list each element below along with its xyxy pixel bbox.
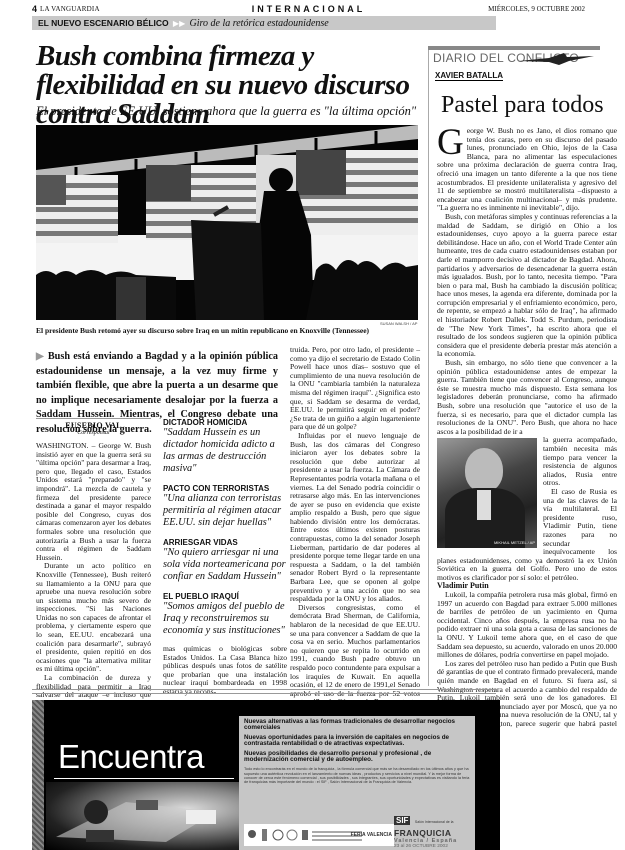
quote-item: DICTADOR HOMICIDA "Saddam Hussein es un … [163, 418, 287, 475]
ad-bullet: Nuevas alternativas a las formas tradici… [244, 719, 470, 732]
sponsor-logos: FERIA VALENCIA [244, 824, 394, 846]
divider [32, 693, 496, 694]
paragraph: Lukoil, la compañía petrolera rusa más g… [437, 591, 617, 660]
sif-block: SIF Salón Internacional de la FRANQUICIA… [394, 810, 474, 850]
quote-item: EL PUEBLO IRAQUÍ "Somos amigos del puebl… [163, 592, 287, 637]
divider [32, 689, 496, 690]
photo-credit: MIKHAIL METZEL / AP [494, 539, 535, 548]
sidebar-body: George W. Bush no es Jano, el dios roman… [437, 127, 617, 737]
puzzle-board-image [46, 782, 246, 850]
bush-podium-silhouette-image [36, 125, 418, 320]
sidebar-top-rule [428, 46, 600, 50]
ad-headline: Encuentra [58, 738, 204, 776]
feria-valencia-logo: FERIA VALENCIA [351, 832, 392, 838]
issue-date: MIÉRCOLES, 9 OCTUBRE 2002 [488, 5, 585, 13]
ad-headline-text: Encuentra [58, 738, 204, 775]
sif-subtitle: Salón Internacional de la [415, 820, 454, 824]
ad-bullet: Nuevas posibilidades de desarrollo perso… [244, 751, 470, 764]
double-arrow-icon: ▶▶ [173, 19, 185, 28]
quote-text: "Una alianza con terroristas permitiría … [163, 493, 287, 529]
ad-headline-underline [54, 778, 234, 779]
fighter-jet-icon [519, 52, 594, 66]
byline-name: EUSEBIO VAL [36, 421, 151, 430]
franquicia-advertisement[interactable]: Encuentra Nuevas alternativas a las form… [32, 700, 500, 850]
putin-photo: MIKHAIL METZEL / AP [437, 438, 537, 548]
ad-body: Todo esto lo encontrarás en el mundo de … [244, 767, 470, 784]
quotes-box: DICTADOR HOMICIDA "Saddam Hussein es un … [163, 418, 287, 646]
article-deck: El presidente de EE.UU. sostiene ahora q… [36, 104, 426, 119]
paragraph: truida. Pero, por otro lado, el presiden… [290, 346, 420, 432]
sif-name: FRANQUICIA [394, 828, 474, 838]
quote-heading: ARRIESGAR VIDAS [163, 538, 287, 547]
sidebar-author: XAVIER BATALLA [435, 71, 503, 81]
photo-caption: El presidente Bush retomó ayer su discur… [36, 326, 426, 335]
paragraph: Bush, sin embargo, no sólo tiene que con… [437, 359, 617, 436]
paragraph: Influidas por el nuevo lenguaje de Bush,… [290, 432, 420, 604]
topic-subtitle: Giro de la retórica estadounidense [189, 18, 328, 29]
topic-kicker: EL NUEVO ESCENARIO BÉLICO [32, 18, 169, 28]
paragraph: Diversos congresistas, como el demócrata… [290, 604, 420, 716]
article-column-3: truida. Pero, por otro lado, el presiden… [290, 346, 420, 716]
lead-arrow-icon: ▶ [36, 351, 48, 362]
quote-item: PACTO CON TERRORISTAS "Una alianza con t… [163, 484, 287, 529]
quote-item: ARRIESGAR VIDAS "No quiero arriesgar ni … [163, 538, 287, 583]
sif-logo: SIF [394, 816, 410, 825]
quote-text: "Somos amigos del pueblo de Iraq y recon… [163, 601, 287, 637]
topic-bar: EL NUEVO ESCENARIO BÉLICO ▶▶ Giro de la … [32, 16, 496, 30]
ad-stripe [32, 700, 44, 850]
photo-face [465, 448, 503, 492]
opinion-sidebar: DIARIO DEL CONFLICTO XAVIER BATALLA Past… [428, 46, 619, 686]
byline-role: Corresponsal [36, 430, 151, 436]
drop-cap: G [437, 128, 464, 158]
ad-bullet: Nuevas oportunidades para la inversión d… [244, 735, 470, 748]
quote-heading: EL PUEBLO IRAQUÍ [163, 592, 287, 601]
puzzle-pieces-icon [46, 782, 246, 850]
photo-shirt [477, 490, 491, 520]
paragraph: George W. Bush no es Jano, el dios roman… [437, 127, 617, 213]
paragraph: WASHINGTON. – George W. Bush insistió ay… [36, 442, 151, 562]
sidebar-title: Pastel para todos [441, 92, 619, 119]
paragraph: Bush, con metáforas simples y continuas … [437, 213, 617, 359]
paragraph-text: eorge W. Bush no es Jano, el dios romano… [437, 126, 617, 212]
page-folio: 4 LA VANGUARDIA INTERNACIONAL MIÉRCOLES,… [32, 4, 585, 16]
paragraph: Durante un acto político en Knoxville (T… [36, 562, 151, 674]
main-photo [36, 125, 418, 320]
article-byline: EUSEBIO VAL Corresponsal [36, 418, 151, 436]
ad-text-box: Nuevas alternativas a las formas tradici… [239, 716, 475, 850]
quote-text: "No quiero arriesgar ni una sola vida no… [163, 547, 287, 583]
quote-heading: DICTADOR HOMICIDA [163, 418, 287, 427]
quote-heading: PACTO CON TERRORISTAS [163, 484, 287, 493]
quote-text: "Saddam Hussein es un dictador homicida … [163, 427, 287, 475]
sif-logo-row: SIF Salón Internacional de la [394, 810, 474, 828]
